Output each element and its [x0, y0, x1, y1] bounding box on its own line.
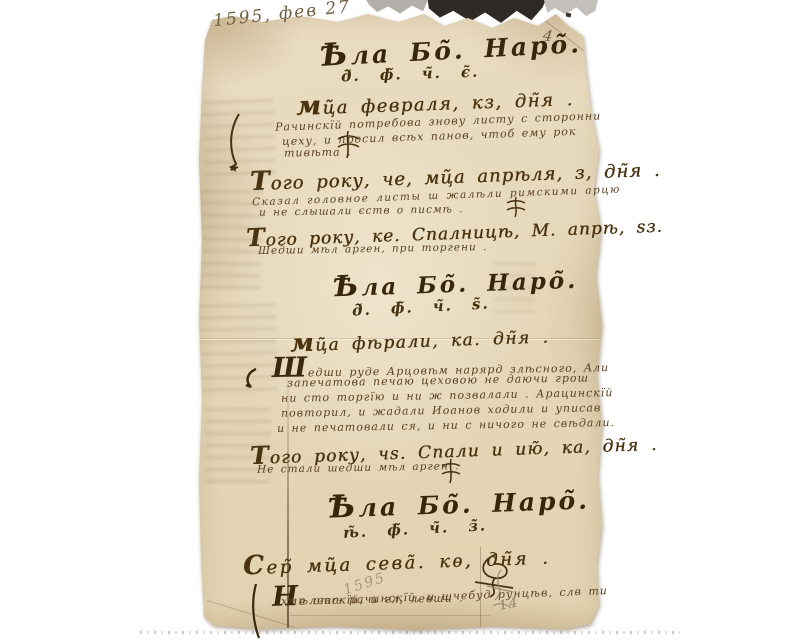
entry-line: и не печатовали ся, и ни с ничого не свѣ…: [277, 417, 615, 434]
handwriting-layer: 1595, фев 27 4 Ѣла Бо̃. Наро̃. д̃. ф̃. ч…: [195, 12, 605, 633]
pen-flourish-icon: [335, 130, 361, 160]
entry-line: и не слышали єств о писмѣ .: [259, 204, 464, 218]
pen-flourish-icon: [440, 458, 462, 484]
marginal-paraph-stroke: [223, 112, 243, 174]
paper-corner-speck: [566, 13, 572, 18]
pencil-number-annotation: 14: [498, 596, 521, 613]
entry-line: Не стали шедши мѣл арген .: [257, 461, 460, 475]
pen-flourish-icon: [505, 196, 527, 218]
letters-row: д̃. ф̃. ч̃. ѕ̃.: [352, 296, 490, 318]
entry-line: Шедши мѣл арген, при торгени .: [258, 242, 488, 257]
letters-row: д̃. ф̃. ч̃. є̃.: [341, 65, 480, 85]
entry-line: хмѣлевскїй, и гл, левши .: [281, 592, 464, 606]
marginal-paraph-stroke: [243, 367, 259, 389]
initial-descender-stroke: [247, 582, 265, 640]
letters-row: ѣ̃. ф̃. ч̃. з̃.: [343, 518, 488, 541]
manuscript-scan-page: 1595, фев 27 4 Ѣла Бо̃. Наро̃. д̃. ф̃. ч…: [0, 0, 800, 640]
